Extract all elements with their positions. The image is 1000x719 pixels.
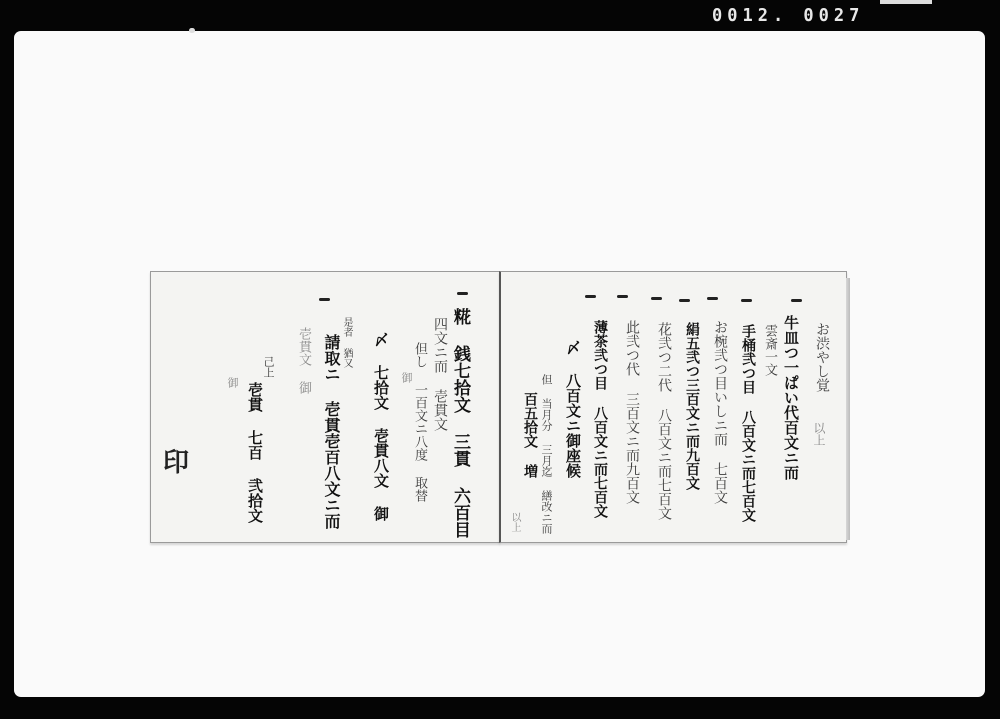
text-column: 花弐つ二代 八百文ニ而七百文 bbox=[657, 322, 671, 532]
text-column: 壱貫文 御 bbox=[297, 327, 310, 394]
item-mark bbox=[617, 295, 628, 298]
text-column: 絹五弐つ三百文ニ而九百文 bbox=[685, 322, 699, 532]
text-column: 四文ニ而 壱貫文 bbox=[433, 317, 447, 437]
item-mark bbox=[319, 298, 330, 301]
seal-mark: 印 bbox=[163, 442, 189, 479]
document-spread: 糀 銭七拾文 三貫 六百目 四文ニ而 壱貫文 但し 一百文ニ八度 取替 御 〆 … bbox=[150, 267, 850, 549]
item-mark bbox=[585, 295, 596, 298]
text-column: 百五拾文 増 bbox=[523, 392, 537, 478]
text-column: 手桶弐つ目 八百文ニ而七百文 bbox=[741, 324, 755, 524]
frame-number: 0012. 0027 bbox=[712, 6, 864, 27]
text-column: 己上 bbox=[263, 356, 274, 378]
item-mark bbox=[707, 297, 718, 300]
text-column: 糀 銭七拾文 三貫 六百目 bbox=[451, 308, 468, 508]
page-edge bbox=[846, 278, 850, 540]
text-column: 御 bbox=[401, 372, 412, 383]
microfilm-frame: 0012. 0027 糀 銭七拾文 三貫 六百目 四文ニ而 壱貫文 但し 一百文… bbox=[0, 0, 1000, 719]
text-column: 但 当月分 三月迄 繕改ニ而 bbox=[541, 374, 552, 534]
text-column: お椀弐つ目いしニ而 七百文 bbox=[713, 320, 727, 520]
text-column: 雲斎一文 bbox=[763, 324, 776, 376]
text-column: 是者 猶又 bbox=[341, 317, 351, 368]
text-column: 但し 一百文ニ八度 取替 bbox=[413, 342, 426, 532]
heading: お渋やし覚 bbox=[815, 322, 829, 392]
text-column: 牛皿つ一ぱい代百文ニ而 bbox=[783, 315, 798, 515]
film-edge-mark bbox=[880, 0, 932, 4]
right-page: お渋やし覚 以上 牛皿つ一ぱい代百文ニ而 雲斎一文 手桶弐つ目 八百文ニ而七百文… bbox=[499, 271, 847, 543]
item-mark bbox=[791, 299, 802, 302]
text-column: 以上 bbox=[509, 512, 519, 532]
side-note: 以上 bbox=[813, 422, 825, 446]
text-column: 〆 七拾文 壱貫八文 御 bbox=[373, 332, 388, 522]
left-page: 糀 銭七拾文 三貫 六百目 四文ニ而 壱貫文 但し 一百文ニ八度 取替 御 〆 … bbox=[150, 271, 500, 543]
text-column: 請取ニ 壱貫壱百八文ニ而 bbox=[323, 334, 339, 534]
item-mark bbox=[457, 292, 468, 295]
text-column: 壱貫 七百 弐拾文 bbox=[247, 382, 262, 542]
item-mark bbox=[651, 297, 662, 300]
text-column: 〆 八百文ニ御座候 bbox=[565, 340, 580, 478]
text-column: 薄茶弐つ目 八百文ニ而七百文 bbox=[593, 320, 607, 530]
item-mark bbox=[741, 299, 752, 302]
item-mark bbox=[679, 299, 690, 302]
text-column: 此弐つ代 三百文ニ而九百文 bbox=[625, 320, 639, 530]
text-column: 御 bbox=[227, 377, 238, 388]
